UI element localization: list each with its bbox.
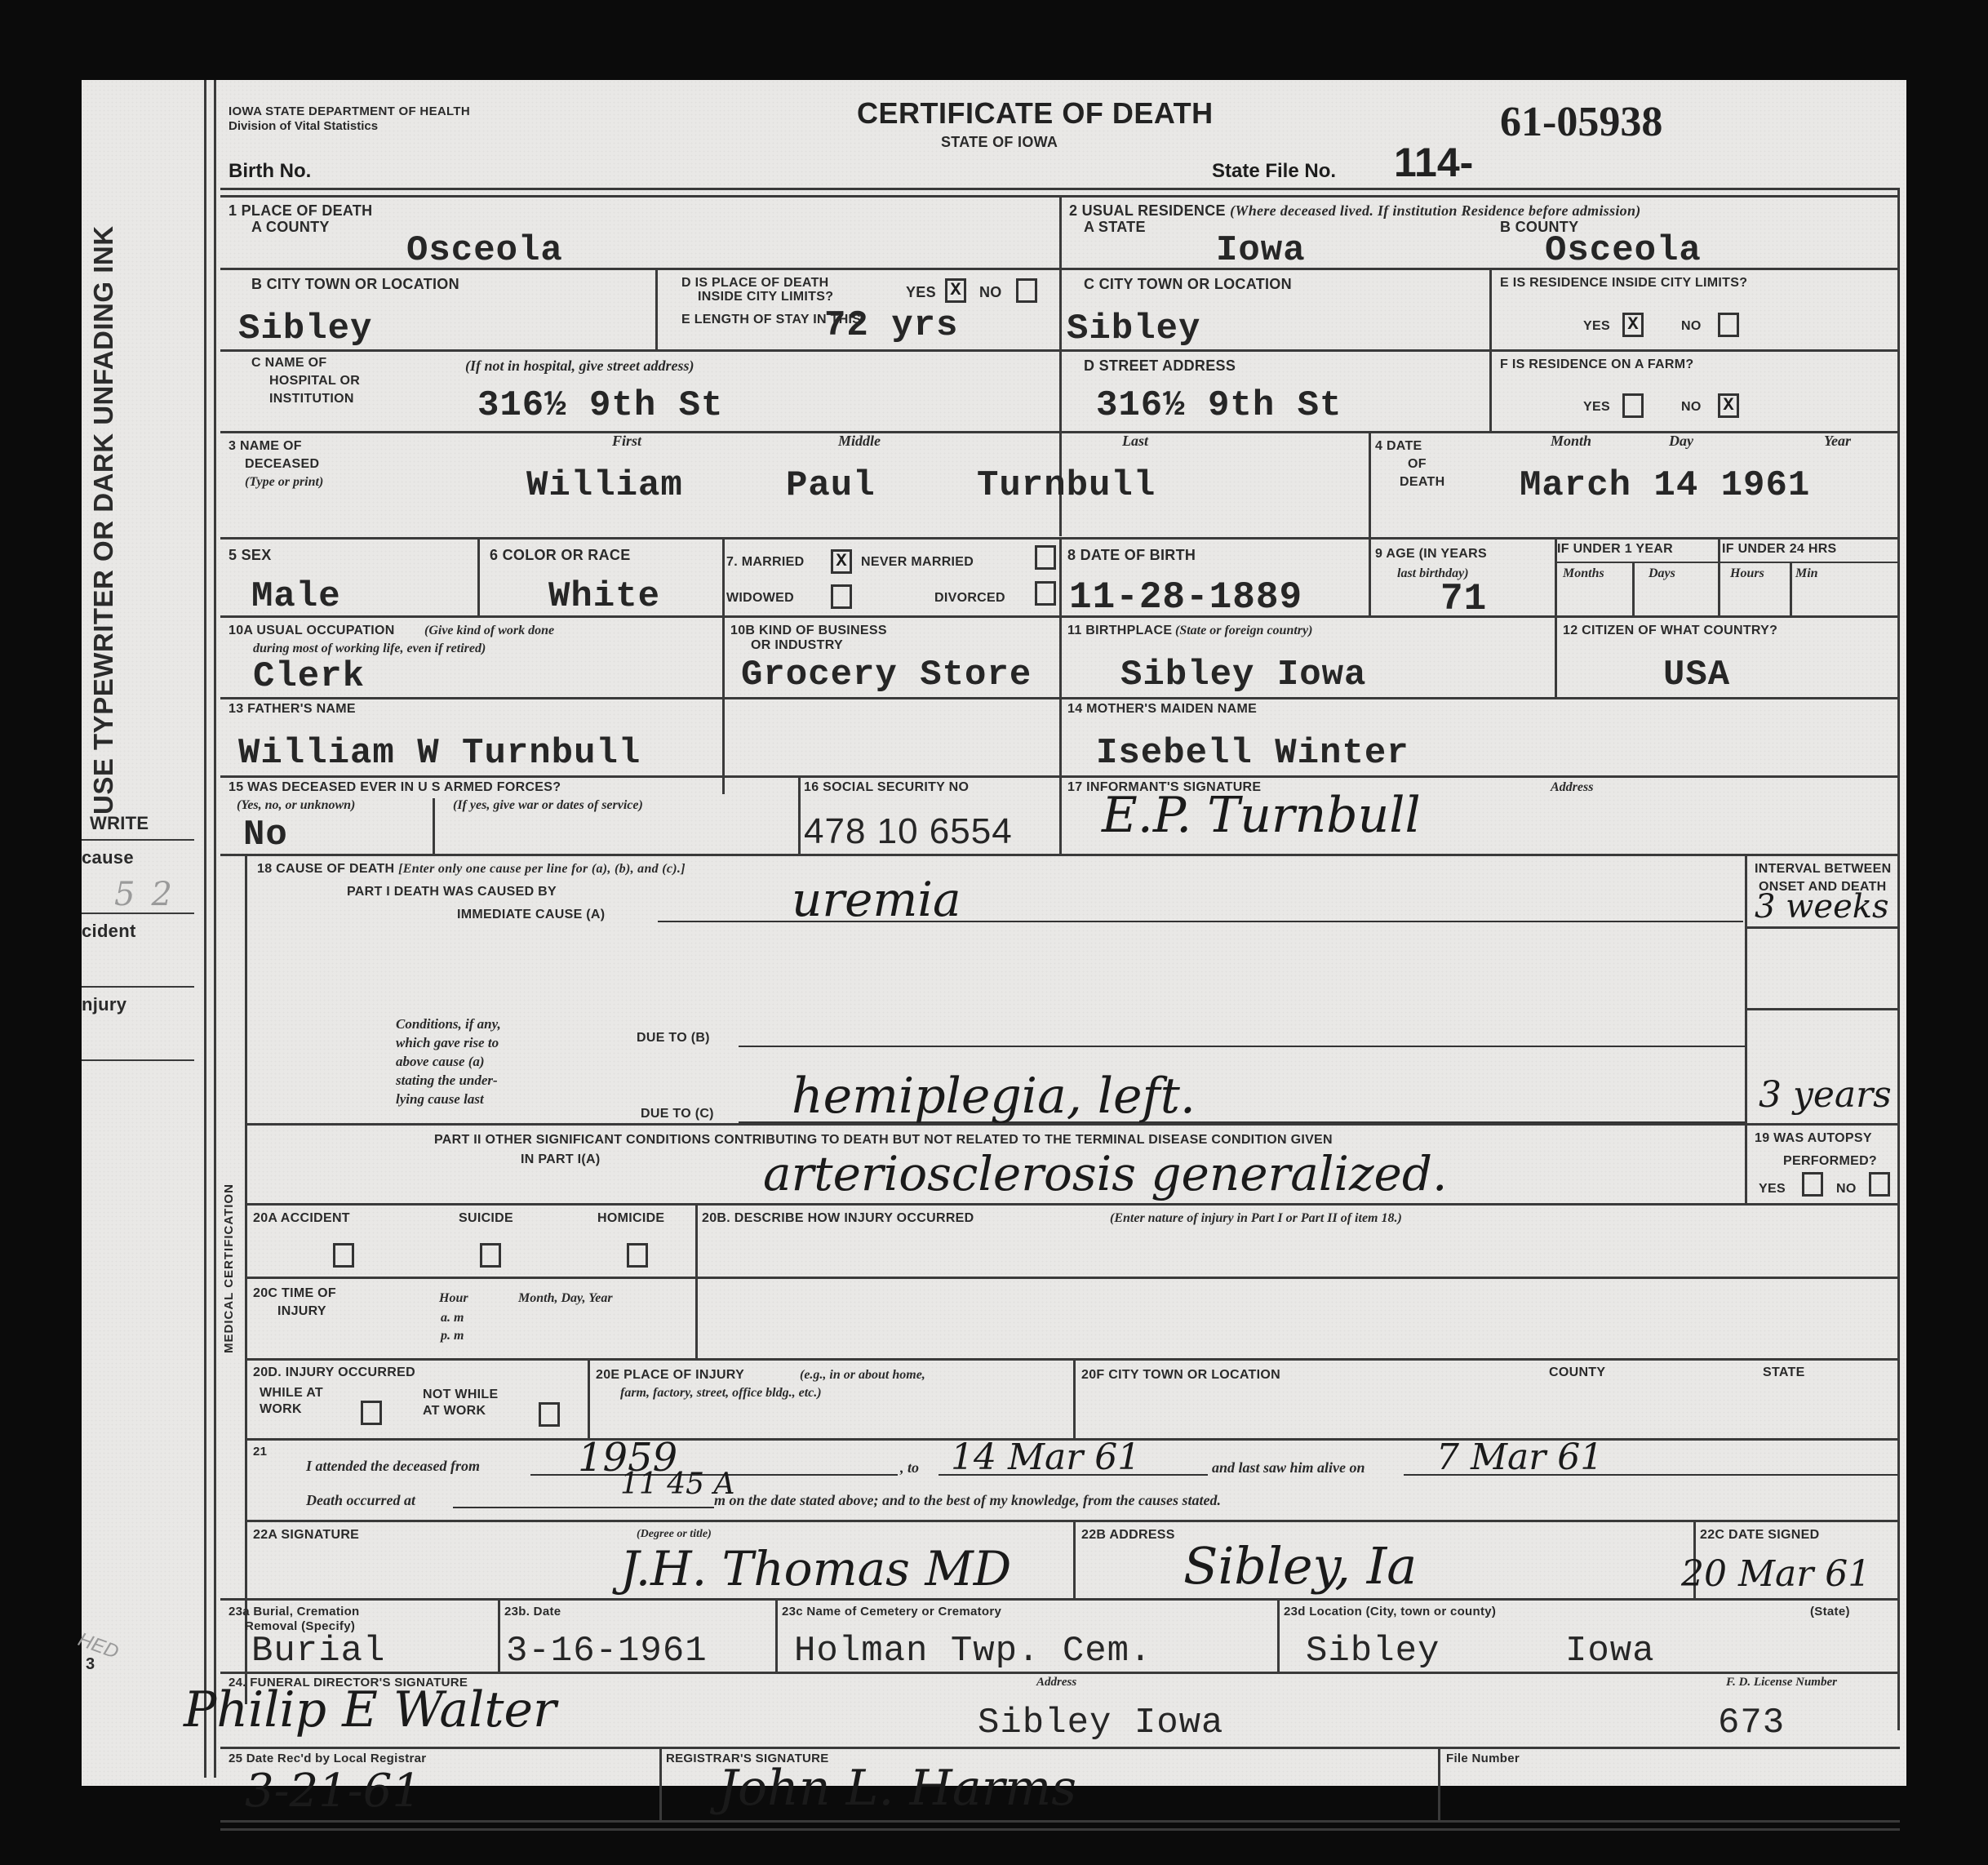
row-rule bbox=[220, 268, 1900, 270]
row-rule bbox=[220, 697, 1900, 699]
death-city: Sibley bbox=[238, 309, 372, 349]
name-label-3: (Type or print) bbox=[245, 475, 323, 490]
divider bbox=[588, 1358, 590, 1438]
widowed-checkbox[interactable] bbox=[831, 584, 852, 609]
residence-label: 2 USUAL RESIDENCE (Where deceased lived.… bbox=[1069, 202, 1641, 220]
divorced-label: DIVORCED bbox=[934, 591, 1005, 606]
divider bbox=[433, 798, 435, 855]
business-label-2: OR INDUSTRY bbox=[751, 638, 843, 653]
place-of-injury-note-2: farm, factory, street, office bldg., etc… bbox=[620, 1386, 822, 1401]
form-border-left bbox=[204, 80, 206, 1778]
residence-city: Sibley bbox=[1067, 309, 1200, 349]
row-rule bbox=[220, 854, 1900, 856]
hospital-note: (If not in hospital, give street address… bbox=[465, 357, 694, 375]
year-label: Year bbox=[1824, 433, 1851, 450]
birthplace-label: 11 BIRTHPLACE bbox=[1067, 624, 1172, 638]
cause-title: 18 CAUSE OF DEATH bbox=[257, 862, 394, 876]
form-border-right bbox=[1897, 188, 1900, 1730]
row-rule bbox=[220, 1747, 1900, 1749]
row-rule bbox=[245, 1123, 1900, 1126]
name-label-2: DECEASED bbox=[245, 457, 319, 472]
residence-inside-limits-yes-checkbox[interactable]: X bbox=[1622, 313, 1644, 337]
certifier-address: Sibley, Ia bbox=[1183, 1536, 1417, 1596]
cemetery-label: 23c Name of Cemetery or Crematory bbox=[782, 1605, 1001, 1619]
injury-occurred-label: 20d. INJURY OCCURRED bbox=[253, 1365, 415, 1380]
divider bbox=[477, 537, 480, 615]
row-rule bbox=[245, 1203, 1900, 1206]
cause-of-death-label: 18 CAUSE OF DEATH [Enter only one cause … bbox=[257, 862, 686, 877]
hospital-label: c NAME OF bbox=[251, 356, 326, 371]
under-year-label: IF UNDER 1 YEAR bbox=[1557, 542, 1673, 557]
days-label: Days bbox=[1649, 566, 1675, 581]
margin-rule bbox=[82, 839, 194, 841]
divider bbox=[1369, 431, 1371, 537]
cause-note: [Enter only one cause per line for (a), … bbox=[398, 862, 686, 876]
divider bbox=[1745, 1123, 1747, 1203]
instruction-text: USE TYPEWRITER OR DARK UNFADING INK bbox=[88, 225, 118, 815]
part2-label-2: IN PART I(a) bbox=[521, 1152, 601, 1167]
citizen: USA bbox=[1663, 655, 1730, 695]
margin-accident-label: cident bbox=[82, 921, 136, 942]
bottom-rule bbox=[220, 1820, 1900, 1823]
attended-to: 14 Mar 61 bbox=[951, 1436, 1140, 1478]
hospital-name: 316½ 9th St bbox=[477, 385, 723, 426]
hours-label: Hours bbox=[1730, 566, 1764, 581]
accident-checkbox[interactable] bbox=[333, 1243, 354, 1268]
registrar-signature: John L. Harms bbox=[718, 1760, 1076, 1817]
age-label-text: 9 AGE (In years bbox=[1375, 547, 1487, 561]
months-label: Months bbox=[1563, 566, 1604, 581]
first-label: First bbox=[612, 433, 641, 450]
deceased-middle-name: Paul bbox=[786, 465, 876, 506]
divider bbox=[1073, 1520, 1076, 1598]
margin-write-label: WRITE bbox=[90, 813, 149, 834]
yes-label: YES bbox=[1583, 319, 1610, 334]
hospital-label-3: INSTITUTION bbox=[269, 392, 354, 406]
burial-state: Iowa bbox=[1565, 1631, 1655, 1672]
no-label: NO bbox=[979, 284, 1002, 301]
due-to-b-line bbox=[739, 1046, 1745, 1047]
form-border-left-inner bbox=[214, 80, 216, 1778]
attendance-number: 21 bbox=[253, 1445, 267, 1459]
while-at-work-label-2: WORK bbox=[260, 1402, 302, 1417]
margin-stamp: HED bbox=[75, 1628, 122, 1664]
signature-label: 22a SIGNATURE bbox=[253, 1528, 359, 1543]
farm-label: f IS RESIDENCE ON A FARM? bbox=[1500, 357, 1693, 372]
license-label: F. D. License Number bbox=[1726, 1676, 1837, 1690]
state-file-number: 61-05938 bbox=[1500, 98, 1662, 146]
row-rule bbox=[220, 1598, 1900, 1601]
degree-label: (Degree or title) bbox=[637, 1528, 712, 1541]
informant-signature: E.P. Turnbull bbox=[1102, 787, 1421, 844]
last-label: Last bbox=[1122, 433, 1148, 450]
not-while-label-2: AT WORK bbox=[423, 1404, 486, 1419]
divider bbox=[1059, 775, 1062, 855]
margin-cause-code: 52 bbox=[114, 876, 189, 913]
suicide-label: SUICIDE bbox=[459, 1211, 513, 1226]
interval-a: 3 weeks bbox=[1755, 888, 1889, 926]
last-saw: 7 Mar 61 bbox=[1436, 1436, 1603, 1478]
yes-label: YES bbox=[1759, 1182, 1786, 1197]
divider bbox=[1790, 562, 1792, 615]
divider bbox=[775, 1598, 778, 1672]
pm-label: p. m bbox=[441, 1329, 464, 1343]
street-address-label: d STREET ADDRESS bbox=[1084, 357, 1236, 375]
margin-rule bbox=[82, 1059, 194, 1061]
registrar-date: 3-21-61 bbox=[245, 1765, 421, 1818]
part1-label: PART I DEATH WAS CAUSED BY bbox=[347, 885, 557, 899]
cemetery: Holman Twp. Cem. bbox=[794, 1631, 1152, 1672]
middle-label: Middle bbox=[838, 433, 881, 450]
registrar-date-label: 25 Date Rec'd by Local Registrar bbox=[229, 1752, 426, 1765]
not-while-at-work-checkbox[interactable] bbox=[539, 1402, 560, 1427]
mdy-label: Month, Day, Year bbox=[518, 1291, 613, 1306]
divider bbox=[1632, 562, 1635, 615]
while-at-work-checkbox[interactable] bbox=[361, 1401, 382, 1425]
divider bbox=[1555, 615, 1557, 697]
armed-forces-note-2: (If yes, give war or dates of service) bbox=[453, 798, 643, 813]
medical-section-border bbox=[245, 854, 247, 1704]
sex-label: 5 SEX bbox=[229, 547, 272, 564]
interval-c: 3 years bbox=[1759, 1074, 1892, 1116]
dob-label: 8 DATE OF BIRTH bbox=[1067, 547, 1196, 564]
deceased-first-name: William bbox=[526, 465, 683, 506]
residence-title: 2 USUAL RESIDENCE bbox=[1069, 202, 1226, 219]
no-label: NO bbox=[1681, 319, 1702, 334]
immediate-cause-label: IMMEDIATE CAUSE (a) bbox=[457, 908, 605, 922]
birthplace-note: (State or foreign country) bbox=[1175, 624, 1312, 638]
divider bbox=[1059, 537, 1062, 794]
autopsy-no-checkbox[interactable] bbox=[1869, 1172, 1890, 1197]
ssn-label: 16 SOCIAL SECURITY NO bbox=[804, 780, 969, 795]
residence-city-label: c CITY TOWN OR LOCATION bbox=[1084, 276, 1292, 293]
burial-state-label: (State) bbox=[1810, 1605, 1850, 1619]
while-at-work-label: WHILE AT bbox=[260, 1386, 323, 1401]
residence-inside-limits-no-checkbox[interactable] bbox=[1718, 313, 1739, 337]
last-saw-label: and last saw him alive on bbox=[1212, 1459, 1365, 1476]
divider bbox=[1277, 1598, 1280, 1672]
min-label: Min bbox=[1795, 566, 1818, 581]
place-of-death-label: 1 PLACE OF DEATH bbox=[229, 202, 372, 220]
to-label: , to bbox=[900, 1459, 919, 1476]
row-rule bbox=[245, 1520, 1900, 1522]
yes-label: YES bbox=[906, 284, 936, 301]
disposition: Burial bbox=[251, 1631, 385, 1672]
death-inside-limits-no-checkbox[interactable] bbox=[1016, 278, 1037, 303]
department-name: IOWA STATE DEPARTMENT OF HEALTH bbox=[229, 104, 470, 118]
divider bbox=[1718, 537, 1720, 615]
race: White bbox=[548, 576, 660, 617]
medical-certification-text: MEDICAL CERTIFICATION bbox=[222, 1183, 236, 1353]
not-while-label: NOT WHILE bbox=[423, 1388, 498, 1402]
sex: Male bbox=[251, 576, 341, 617]
death-inside-limits-yes-checkbox[interactable]: X bbox=[945, 278, 966, 303]
homicide-checkbox[interactable] bbox=[627, 1243, 648, 1268]
row-rule bbox=[220, 1672, 1900, 1674]
yes-label: YES bbox=[1583, 400, 1610, 415]
death-occurred-label: Death occurred at bbox=[306, 1492, 415, 1509]
date-of-birth: 11-28-1889 bbox=[1069, 576, 1302, 619]
business: Grocery Store bbox=[741, 655, 1032, 695]
length-of-stay: 72 yrs bbox=[824, 305, 958, 346]
bottom-rule bbox=[220, 1828, 1900, 1831]
describe-injury-note: (Enter nature of injury in Part I or Par… bbox=[1110, 1211, 1402, 1226]
certifier-signature: J.H. Thomas MD bbox=[620, 1541, 1011, 1596]
due-to-b-label: DUE TO (b) bbox=[637, 1031, 710, 1046]
farm-no-checkbox[interactable]: X bbox=[1718, 393, 1739, 418]
am-label: a. m bbox=[441, 1311, 464, 1325]
margin-injury-label: njury bbox=[82, 994, 126, 1015]
never-married-label: NEVER MARRIED bbox=[861, 555, 974, 570]
disposition-label: 23a Burial, Cremation bbox=[229, 1605, 360, 1619]
divider bbox=[722, 537, 725, 794]
conditions-note: Conditions, if any, which gave rise to a… bbox=[396, 1015, 543, 1108]
row-rule bbox=[220, 431, 1900, 433]
conditions-note-line: Conditions, if any, bbox=[396, 1015, 543, 1033]
file-number-label: File Number bbox=[1446, 1752, 1520, 1765]
occupation: Clerk bbox=[253, 656, 365, 697]
time-of-injury-label-2: INJURY bbox=[277, 1304, 326, 1319]
armed-forces: No bbox=[243, 815, 288, 855]
interval-label: INTERVAL BETWEEN bbox=[1755, 862, 1891, 877]
married-label: 7. MARRIED bbox=[726, 555, 804, 570]
due-to-c: hemiplegia, left. bbox=[792, 1068, 1196, 1125]
row-rule bbox=[220, 349, 1059, 352]
death-certificate: USE TYPEWRITER OR DARK UNFADING INK WRIT… bbox=[82, 80, 1906, 1786]
age: 71 bbox=[1440, 578, 1487, 620]
conditions-note-line: which gave rise to bbox=[396, 1033, 543, 1052]
funeral-director-signature: Philip E Walter bbox=[184, 1681, 557, 1738]
row-rule bbox=[1745, 926, 1900, 929]
place-of-injury-label: 20e PLACE OF INJURY bbox=[596, 1368, 744, 1383]
autopsy-yes-checkbox[interactable] bbox=[1802, 1172, 1823, 1197]
street-address: 316½ 9th St bbox=[1096, 385, 1342, 426]
burial-location-label: 23d Location (City, town or county) bbox=[1284, 1605, 1496, 1619]
autopsy-label-2: PERFORMED? bbox=[1783, 1154, 1877, 1169]
divider bbox=[1745, 854, 1747, 1123]
funeral-address: Sibley Iowa bbox=[978, 1703, 1223, 1743]
residence-state-label: a STATE bbox=[1084, 219, 1146, 236]
name-label: 3 NAME OF bbox=[229, 439, 302, 454]
birth-no-label: Birth No. bbox=[229, 160, 311, 183]
social-security-number: 478 10 6554 bbox=[804, 811, 1013, 852]
divider bbox=[695, 1203, 698, 1358]
inside-limits-label: d IS PLACE OF DEATH bbox=[681, 276, 829, 291]
margin-stamp-number: 3 bbox=[86, 1655, 95, 1674]
margin-rule bbox=[82, 986, 194, 988]
citizen-label: 12 CITIZEN OF WHAT COUNTRY? bbox=[1563, 624, 1777, 638]
header-rule bbox=[220, 188, 1900, 190]
mother-label: 14 MOTHER'S MAIDEN NAME bbox=[1067, 702, 1257, 717]
residence-county: Osceola bbox=[1545, 230, 1702, 271]
divorced-checkbox[interactable] bbox=[1035, 581, 1056, 606]
inside-limits-label-2: INSIDE CITY LIMITS? bbox=[698, 290, 833, 304]
conditions-note-line: lying cause last bbox=[396, 1090, 543, 1108]
row-rule bbox=[245, 1358, 1900, 1361]
certificate-title: CERTIFICATE OF DEATH bbox=[857, 96, 1214, 131]
burial-city: Sibley bbox=[1306, 1631, 1440, 1672]
row-rule bbox=[1059, 349, 1900, 352]
business-label: 10b KIND OF BUSINESS bbox=[730, 624, 887, 638]
homicide-label: HOMICIDE bbox=[597, 1211, 664, 1226]
suicide-checkbox[interactable] bbox=[480, 1243, 501, 1268]
occupation-note: (Give kind of work done bbox=[424, 624, 554, 638]
widowed-label: WIDOWED bbox=[726, 591, 794, 606]
residence-inside-limits-label: e IS RESIDENCE INSIDE CITY LIMITS? bbox=[1500, 276, 1747, 291]
divider bbox=[1438, 1747, 1440, 1820]
row-rule bbox=[245, 1277, 1900, 1279]
father-label: 13 FATHER'S NAME bbox=[229, 702, 356, 717]
place-of-injury-note: (e.g., in or about home, bbox=[800, 1368, 925, 1383]
no-label: NO bbox=[1836, 1182, 1857, 1197]
funeral-address-label: Address bbox=[1036, 1676, 1076, 1690]
farm-yes-checkbox[interactable] bbox=[1622, 393, 1644, 418]
no-label: NO bbox=[1681, 400, 1702, 415]
divider bbox=[659, 1747, 662, 1820]
describe-injury-label: 20b. DESCRIBE HOW INJURY OCCURRED bbox=[702, 1211, 974, 1226]
death-city-label: b CITY TOWN OR LOCATION bbox=[251, 276, 459, 293]
informant-address-label: Address bbox=[1551, 780, 1593, 795]
certifier-address-label: 22b ADDRESS bbox=[1081, 1528, 1175, 1543]
never-married-checkbox[interactable] bbox=[1035, 545, 1056, 570]
residence-note: (Where deceased lived. If institution Re… bbox=[1230, 202, 1640, 219]
license-number: 673 bbox=[1718, 1703, 1785, 1743]
medical-certification-label: MEDICAL CERTIFICATION bbox=[220, 1183, 236, 1353]
row-rule bbox=[220, 615, 1900, 618]
date-of-death: March 14 1961 bbox=[1520, 465, 1810, 506]
burial-date: 3-16-1961 bbox=[506, 1631, 708, 1672]
birthplace-label-text: 11 BIRTHPLACE bbox=[1067, 624, 1172, 637]
residence-state: Iowa bbox=[1216, 230, 1306, 271]
race-label: 6 COLOR OR RACE bbox=[490, 547, 631, 564]
occupation-label: 10a USUAL OCCUPATION bbox=[229, 624, 395, 638]
certificate-subtitle: STATE OF IOWA bbox=[941, 134, 1058, 151]
armed-forces-note: (Yes, no, or unknown) bbox=[237, 798, 355, 813]
autopsy-label: 19 WAS AUTOPSY bbox=[1755, 1131, 1872, 1146]
division-name: Division of Vital Statistics bbox=[229, 119, 378, 133]
attended-label: I attended the deceased from bbox=[306, 1458, 480, 1475]
divider bbox=[798, 775, 801, 855]
accident-label: 20a ACCIDENT bbox=[253, 1211, 350, 1226]
other-conditions: arteriosclerosis generalized. bbox=[763, 1146, 1447, 1201]
time-of-injury-label: 20c TIME OF bbox=[253, 1286, 336, 1301]
burial-date-label: 23b. Date bbox=[504, 1605, 561, 1619]
day-label: Day bbox=[1669, 433, 1693, 450]
due-to-c-label: DUE TO (c) bbox=[641, 1107, 714, 1121]
married-checkbox[interactable]: X bbox=[831, 549, 852, 574]
row-rule bbox=[1745, 1008, 1900, 1010]
injury-city-label: 20f CITY TOWN OR LOCATION bbox=[1081, 1368, 1280, 1383]
mother-name: Isebell Winter bbox=[1096, 733, 1409, 774]
date-signed: 20 Mar 61 bbox=[1681, 1553, 1870, 1595]
date-of-death-label-2: OF bbox=[1408, 457, 1427, 472]
date-of-death-label: 4 DATE bbox=[1375, 439, 1422, 454]
divider bbox=[498, 1598, 500, 1672]
death-county-label: a COUNTY bbox=[251, 219, 330, 236]
death-time-suffix: m on the date stated above; and to the b… bbox=[714, 1492, 1221, 1509]
injury-county-label: COUNTY bbox=[1549, 1365, 1605, 1380]
conditions-note-line: above cause (a) bbox=[396, 1052, 543, 1071]
death-time-line bbox=[453, 1507, 714, 1508]
immediate-cause: uremia bbox=[792, 872, 961, 927]
father-name: William W Turnbull bbox=[238, 733, 641, 774]
injury-state-label: STATE bbox=[1763, 1365, 1805, 1380]
age-label: 9 AGE (In years bbox=[1375, 547, 1487, 562]
under-24-label: IF UNDER 24 HRS bbox=[1722, 542, 1837, 557]
row-rule bbox=[1555, 562, 1900, 563]
state-file-prefix: 114- bbox=[1394, 139, 1473, 186]
armed-forces-label: 15 WAS DECEASED EVER IN U S ARMED FORCES… bbox=[229, 780, 561, 795]
birthplace: Sibley Iowa bbox=[1120, 655, 1366, 695]
hospital-label-2: HOSPITAL OR bbox=[269, 374, 360, 389]
divider bbox=[655, 268, 658, 349]
hour-label: Hour bbox=[439, 1291, 468, 1306]
deceased-last-name: Turnbull bbox=[977, 465, 1156, 506]
margin-instruction: USE TYPEWRITER OR DARK UNFADING INK bbox=[88, 113, 121, 815]
divider bbox=[1073, 1358, 1076, 1438]
occupation-note-2: during most of working life, even if ret… bbox=[253, 642, 486, 656]
margin-rule bbox=[82, 913, 194, 914]
date-of-death-label-3: DEATH bbox=[1400, 475, 1444, 490]
date-signed-label: 22c DATE SIGNED bbox=[1700, 1528, 1819, 1543]
month-label: Month bbox=[1551, 433, 1591, 450]
state-file-label: State File No. bbox=[1212, 160, 1336, 183]
margin-cause-label: cause bbox=[82, 847, 134, 868]
divider bbox=[1369, 537, 1371, 615]
conditions-note-line: stating the under- bbox=[396, 1071, 543, 1090]
death-county: Osceola bbox=[406, 230, 563, 271]
